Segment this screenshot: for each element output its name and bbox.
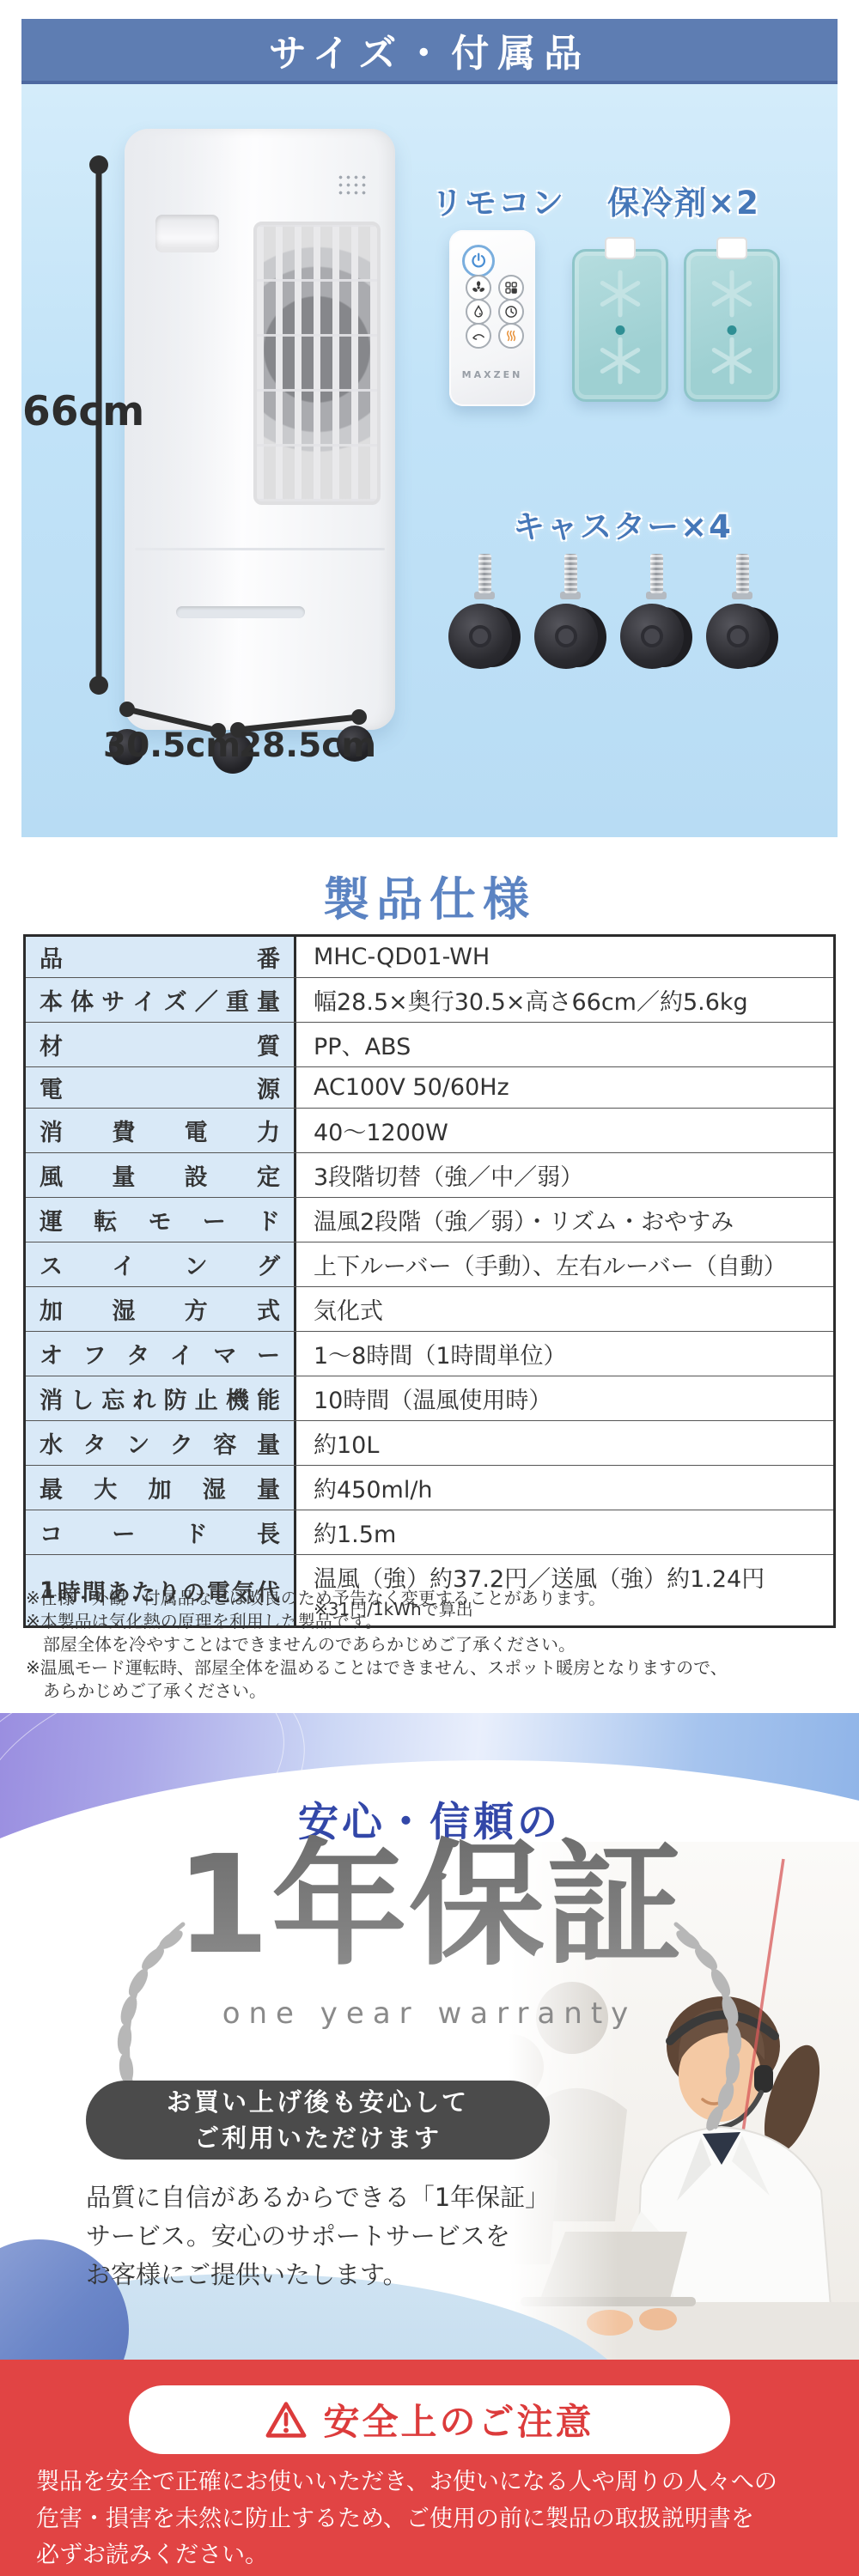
spec-value: PP、ABS	[296, 1023, 833, 1066]
spec-value: 40～1200W	[296, 1109, 833, 1152]
spec-row: 消し忘れ防止機能10時間（温風使用時）	[26, 1376, 833, 1421]
caster-stem	[736, 554, 749, 593]
spec-row: 風量設定3段階切替（強／中／弱）	[26, 1153, 833, 1198]
spec-label: 消費電力	[26, 1109, 296, 1152]
product-spec-section: 製品仕様 品番MHC-QD01-WH本体サイズ／重量幅28.5×奥行30.5×高…	[0, 837, 859, 1713]
spec-value: 1～8時間（1時間単位）	[296, 1332, 833, 1376]
warranty-body-line: お客様にご提供いたします。	[86, 2256, 550, 2294]
warranty-badge: お買い上げ後も安心してご利用いただけます	[86, 2081, 550, 2160]
spec-row: 本体サイズ／重量幅28.5×奥行30.5×高さ66cm／約5.6kg	[26, 978, 833, 1023]
spec-value: 幅28.5×奥行30.5×高さ66cm／約5.6kg	[296, 978, 833, 1022]
size-accessories-section: サイズ・付属品	[0, 0, 859, 837]
spec-label: 風量設定	[26, 1153, 296, 1197]
caster-wheel	[618, 554, 694, 691]
safety-heading-pill: 安全上のご注意	[129, 2385, 730, 2454]
size-section-header: サイズ・付属品	[21, 19, 838, 84]
cooler-seam-line	[135, 548, 385, 550]
caster-wheel	[704, 554, 780, 691]
caster-hub	[727, 625, 749, 647]
safety-body-text: 製品を安全で正確にお使いいただき、お使いになる人や周りの人々への危害・損害を未然…	[36, 2464, 835, 2574]
warranty-body-line: 品質に自信があるからできる「1年保証」	[86, 2178, 550, 2217]
spec-footnote-line: ※温風モード運転時、部屋全体を温めることはできません、スポット暖房となりますので…	[26, 1656, 838, 1680]
icepack-label: 保冷剤×2	[581, 177, 787, 223]
spec-row: オフタイマー1～8時間（1時間単位）	[26, 1332, 833, 1376]
swing-icon	[466, 323, 491, 349]
safety-body-line: 危害・損害を未然に防止するため、ご使用の前に製品の取扱説明書を	[36, 2501, 835, 2538]
caster-wheel-front	[534, 604, 598, 669]
caster-wheel	[533, 554, 608, 691]
spec-label: 運転モード	[26, 1198, 296, 1242]
spec-row: コード長約1.5m	[26, 1510, 833, 1555]
caster-stem	[478, 554, 491, 593]
spec-row: 材質PP、ABS	[26, 1023, 833, 1067]
warranty-subline: one year warranty	[0, 1996, 859, 2031]
spec-footnotes: ※仕様・外観・付属品などは改良のため予告なく変更することがあります。※本製品は気…	[26, 1587, 838, 1703]
icepack-body	[572, 249, 668, 402]
humidify-icon	[466, 299, 491, 325]
spec-label: 消し忘れ防止機能	[26, 1376, 296, 1420]
spec-value: 約10L	[296, 1421, 833, 1465]
spec-value: 上下ルーバー（手動）、左右ルーバー（自動）	[296, 1242, 833, 1286]
spec-label: コード長	[26, 1510, 296, 1554]
icepack	[572, 237, 668, 402]
spec-footnote-line: 部屋全体を冷やすことはできませんのであらかじめご了承ください。	[26, 1633, 838, 1656]
spec-row: スイング上下ルーバー（手動）、左右ルーバー（自動）	[26, 1242, 833, 1287]
spec-label: スイング	[26, 1242, 296, 1286]
warranty-badge-line: お買い上げ後も安心して	[167, 2084, 469, 2120]
snowflake-icon	[705, 334, 758, 387]
snowflake-icon	[594, 267, 647, 320]
caster-wheel-front	[448, 604, 512, 669]
warranty-section: 安心・信頼の 1年保証 one year warranty お買い上げ後も安心し…	[0, 1713, 859, 2360]
spec-label: 最大加湿量	[26, 1466, 296, 1510]
warranty-headline: 1年保証	[0, 1835, 859, 1978]
spec-row: 消費電力40～1200W	[26, 1109, 833, 1153]
width-dimension-label: 28.5cm	[232, 726, 383, 765]
spec-row: 最大加湿量約450ml/h	[26, 1466, 833, 1510]
snowflake-icon	[705, 267, 758, 320]
safety-heading-text: 安全上のご注意	[323, 2394, 594, 2445]
icepack-cap	[716, 237, 747, 259]
icepack-center-dot	[728, 325, 737, 335]
snowflake-icon	[594, 334, 647, 387]
warranty-body-text: 品質に自信があるからできる「1年保証」サービス。安心のサポートサービスをお客様に…	[86, 2178, 550, 2294]
remote-brand-text: MAXZEN	[449, 369, 535, 380]
fan-icon	[466, 275, 491, 301]
safety-body-line: 製品を安全で正確にお使いいただき、お使いになる人や周りの人々への	[36, 2464, 835, 2501]
product-detail-page: サイズ・付属品	[0, 0, 859, 2576]
caster-hub	[555, 625, 577, 647]
caster-label: キャスター×4	[468, 501, 777, 547]
spec-footnote-line: ※本製品は気化熱の原理を利用した製品です。	[26, 1610, 838, 1633]
power-icon	[462, 245, 495, 277]
spec-value: MHC-QD01-WH	[296, 937, 833, 977]
safety-notice-section: 安全上のご注意 製品を安全で正確にお使いいただき、お使いになる人や周りの人々への…	[0, 2360, 859, 2576]
spec-label: 材質	[26, 1023, 296, 1066]
size-section-title: サイズ・付属品	[269, 22, 590, 77]
heater-icon	[498, 323, 524, 349]
spec-value: 温風2段階（強／弱）・リズム・おやすみ	[296, 1198, 833, 1242]
spec-value: 気化式	[296, 1287, 833, 1331]
spec-row: 加湿方式気化式	[26, 1287, 833, 1332]
spec-label: 加湿方式	[26, 1287, 296, 1331]
warning-triangle-icon	[265, 2400, 308, 2439]
caster-group	[447, 554, 780, 691]
timer-icon	[498, 299, 524, 325]
spec-value: 3段階切替（強／中／弱）	[296, 1153, 833, 1197]
spec-section-title: 製品仕様	[0, 863, 859, 929]
spec-label: 本体サイズ／重量	[26, 978, 296, 1022]
depth-dimension-label: 30.5cm	[96, 726, 247, 765]
spec-label: 水タンク容量	[26, 1421, 296, 1465]
icepack-cap	[605, 237, 636, 259]
spec-row: 水タンク容量約10L	[26, 1421, 833, 1466]
caster-hub	[469, 625, 491, 647]
icepack-center-dot	[616, 325, 625, 335]
caster-wheel-front	[706, 604, 770, 669]
spec-row: 電源AC100V 50/60Hz	[26, 1067, 833, 1109]
cooler-handle	[155, 215, 219, 252]
caster-wheel	[447, 554, 522, 691]
spec-value: 10時間（温風使用時）	[296, 1376, 833, 1420]
warranty-body-line: サービス。安心のサポートサービスを	[86, 2217, 550, 2256]
icepack-group	[572, 237, 780, 402]
icepack	[684, 237, 780, 402]
caster-stem	[564, 554, 577, 593]
caster-wheel-front	[620, 604, 684, 669]
spec-footnote-line: あらかじめご了承ください。	[26, 1680, 838, 1703]
remote-label: リモコン	[423, 177, 574, 223]
safety-body-line: 必ずお読みください。	[36, 2537, 835, 2574]
cooler-fan-grille	[253, 222, 381, 505]
spec-row: 品番MHC-QD01-WH	[26, 937, 833, 978]
spec-label: 品番	[26, 937, 296, 977]
mode-icon	[498, 275, 524, 301]
cooler-tank-slot	[176, 606, 305, 618]
warranty-badge-line: ご利用いただけます	[194, 2120, 442, 2156]
spec-footnote-line: ※仕様・外観・付属品などは改良のため予告なく変更することがあります。	[26, 1587, 838, 1610]
spec-label: オフタイマー	[26, 1332, 296, 1376]
spec-value: 約1.5m	[296, 1510, 833, 1554]
cooler-product-illustration	[125, 129, 395, 760]
caster-stem	[650, 554, 663, 593]
spec-value: 約450ml/h	[296, 1466, 833, 1510]
spec-row: 運転モード温風2段階（強／弱）・リズム・おやすみ	[26, 1198, 833, 1242]
icepack-body	[684, 249, 780, 402]
spec-table: 品番MHC-QD01-WH本体サイズ／重量幅28.5×奥行30.5×高さ66cm…	[23, 934, 836, 1628]
caster-hub	[641, 625, 663, 647]
cooler-control-dots	[337, 173, 368, 197]
spec-label: 電源	[26, 1067, 296, 1108]
height-dimension-label: 66cm	[22, 388, 144, 435]
spec-value: AC100V 50/60Hz	[296, 1067, 833, 1108]
remote-control: MAXZEN	[449, 230, 535, 406]
